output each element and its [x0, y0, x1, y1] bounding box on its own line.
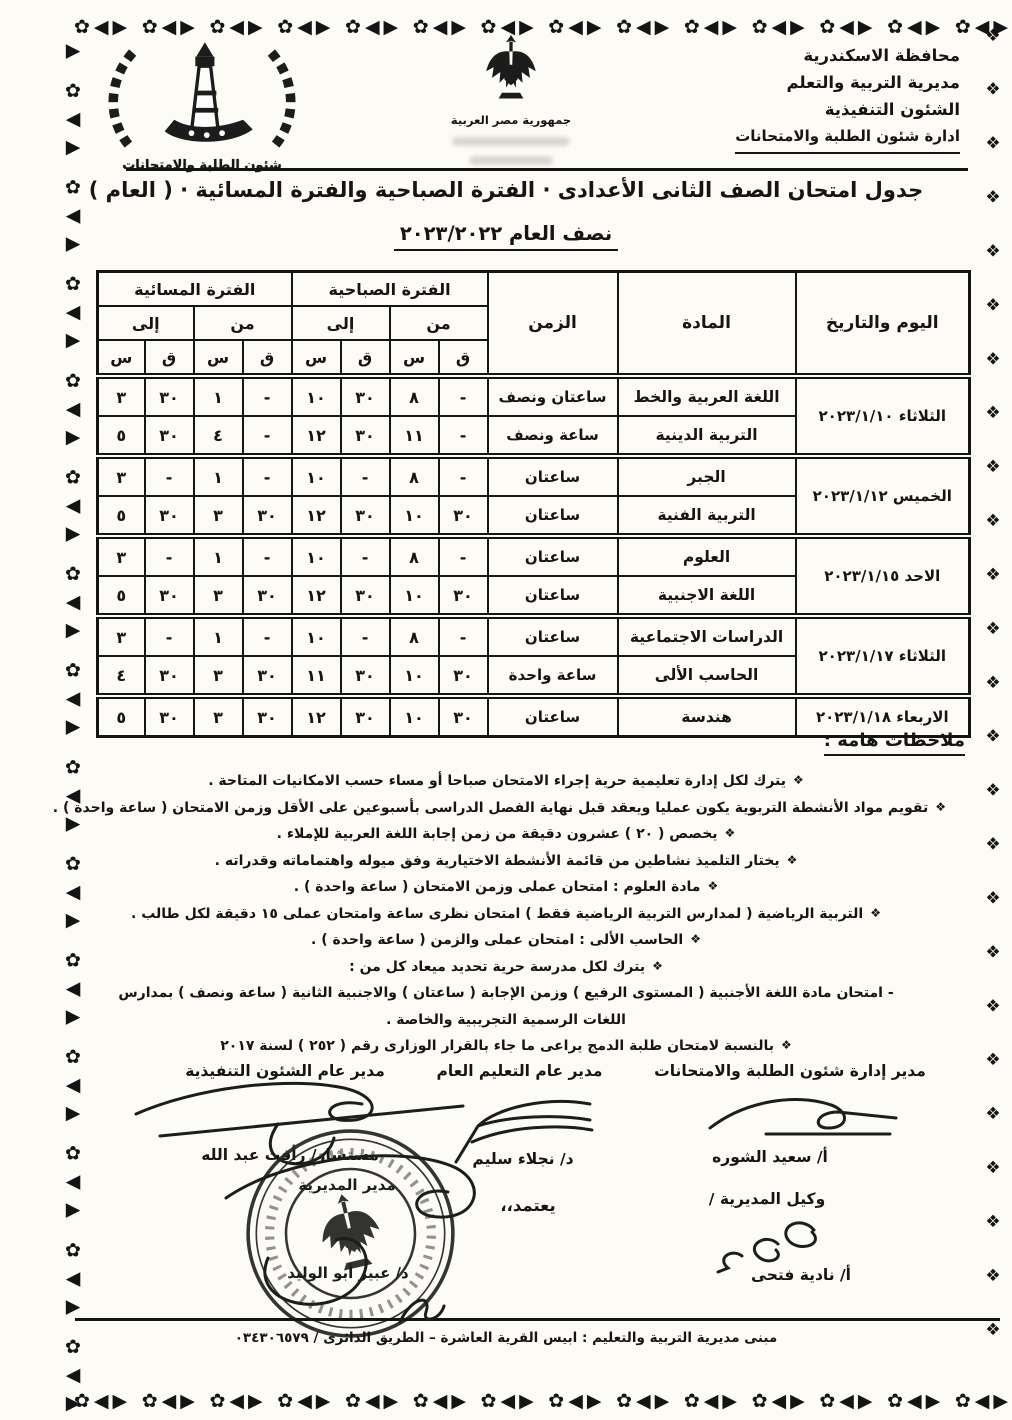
note-bullet-icon: ❖ — [725, 820, 736, 847]
time-cell: ٨ — [390, 616, 439, 656]
letterhead: محافظة الاسكندرية مديرية التربية والتعلم… — [735, 42, 960, 154]
time-cell: ٣٠ — [341, 576, 390, 616]
title-divider — [126, 168, 968, 171]
duration-cell: ساعتان — [488, 536, 618, 576]
hours-header: س — [194, 340, 243, 376]
hours-header: س — [390, 340, 439, 376]
time-cell: ١ — [194, 456, 243, 496]
duration-cell: ساعتان — [488, 616, 618, 656]
egypt-eagle-icon — [478, 28, 544, 108]
evening-from-header: من — [194, 306, 292, 340]
time-cell: ١ — [194, 376, 243, 416]
note-item: ❖تقويم مواد الأنشطة التربوية يكون عمليا … — [66, 795, 946, 822]
note-bullet-icon: ❖ — [793, 767, 804, 794]
minutes-header: ق — [243, 340, 292, 376]
hours-header: س — [292, 340, 341, 376]
time-cell: ٣٠ — [439, 496, 488, 536]
time-cell: ٣ — [98, 376, 145, 416]
duration-cell: ساعتان ونصف — [488, 376, 618, 416]
time-cell: ١٠ — [390, 576, 439, 616]
evening-period-header: الفترة المسائية — [98, 272, 292, 307]
time-cell: ١٠ — [390, 656, 439, 696]
time-cell: ٨ — [390, 536, 439, 576]
note-bullet-icon: ❖ — [781, 1032, 792, 1059]
exam-schedule-table: اليوم والتاريخ المادة الزمن الفترة الصبا… — [96, 270, 971, 738]
page-border-right: ❖ ❖ ❖ ❖ ❖ ❖ ❖ ❖ ❖ ❖ ❖ ❖ ❖ ❖ ❖ ❖ ❖ ❖ ❖ ❖ … — [978, 14, 1008, 1354]
time-cell: ٥ — [98, 416, 145, 456]
note-bullet-icon: ❖ — [935, 794, 946, 821]
time-cell: ٣٠ — [145, 656, 194, 696]
duration-cell: ساعتان — [488, 576, 618, 616]
time-cell: ٣ — [194, 656, 243, 696]
time-cell: ٣٠ — [145, 416, 194, 456]
time-cell: ١ — [194, 616, 243, 656]
note-bullet-icon: ❖ — [787, 847, 798, 874]
duration-cell: ساعتان — [488, 496, 618, 536]
table-row: الثلاثاء ٢٠٢٣/١/١٠ اللغة العربية والخط س… — [98, 376, 970, 416]
duration-cell: ساعتان — [488, 696, 618, 737]
directorate-line: مديرية التربية والتعلم — [735, 69, 960, 96]
subject-cell: هندسة — [618, 696, 796, 737]
time-cell: ٣ — [98, 456, 145, 496]
subject-cell: التربية الفنية — [618, 496, 796, 536]
subject-cell: اللغة الاجنبية — [618, 576, 796, 616]
time-cell: - — [145, 536, 194, 576]
note-item: ❖الحاسب الألى : امتحان عملى والزمن ( ساع… — [66, 927, 946, 954]
term-subtitle-wrap: نصف العام ٢٠٢٣/٢٠٢٢ — [0, 222, 1012, 251]
time-cell: ٥ — [98, 496, 145, 536]
note-item: ❖يترك لكل مدرسة حرية تحديد ميعاد كل من : — [66, 954, 946, 981]
time-cell: ٣ — [194, 576, 243, 616]
time-cell: ٥ — [98, 696, 145, 737]
hours-header: س — [98, 340, 145, 376]
lighthouse-wreath-icon — [92, 34, 312, 152]
subject-cell: العلوم — [618, 536, 796, 576]
subject-cell: الحاسب الألى — [618, 656, 796, 696]
time-cell: ١٠ — [390, 496, 439, 536]
time-cell: ٥ — [98, 576, 145, 616]
time-cell: ٣ — [194, 496, 243, 536]
page-border-bottom: ▶◀✿ ▶◀✿ ▶◀✿ ▶◀✿ ▶◀✿ ▶◀✿ ▶◀✿ ▶◀✿ ▶◀✿ ▶◀✿ … — [70, 1386, 1012, 1416]
time-cell: ٣٠ — [243, 496, 292, 536]
time-cell: ٣٠ — [341, 656, 390, 696]
col-subject-header: المادة — [618, 272, 796, 377]
time-cell: - — [439, 536, 488, 576]
signature-loop-over-stamp — [208, 1136, 498, 1321]
time-cell: - — [439, 416, 488, 456]
time-cell: ٣٠ — [243, 656, 292, 696]
time-cell: ٣٠ — [439, 576, 488, 616]
sig-title-students-exams: مدير إدارة شئون الطلبة والامتحانات — [610, 1062, 970, 1080]
note-item: ❖مادة العلوم : امتحان عملى وزمن الامتحان… — [66, 874, 946, 901]
governorate-line: محافظة الاسكندرية — [735, 42, 960, 69]
republic-emblem-caption: جمهورية مصر العربية — [436, 113, 586, 127]
time-cell: ١١ — [390, 416, 439, 456]
subject-cell: التربية الدينية — [618, 416, 796, 456]
signature-squiggle-right — [700, 1088, 910, 1146]
note-bullet-icon: ❖ — [870, 900, 881, 927]
time-cell: - — [439, 456, 488, 496]
faded-stamp-smudge — [469, 156, 553, 165]
footer-scribble — [392, 1286, 452, 1330]
col-day-date-header: اليوم والتاريخ — [796, 272, 970, 377]
time-cell: ٣٠ — [145, 696, 194, 737]
morning-from-header: من — [390, 306, 488, 340]
term-subtitle: نصف العام ٢٠٢٣/٢٠٢٢ — [394, 222, 618, 251]
time-cell: ٤ — [98, 656, 145, 696]
footer-divider — [75, 1318, 1000, 1321]
subject-cell: الدراسات الاجتماعية — [618, 616, 796, 656]
executive-affairs-line: الشئون التنفيذية — [735, 96, 960, 123]
time-cell: ١٠ — [292, 376, 341, 416]
time-cell: ١٠ — [292, 536, 341, 576]
sig-name-nadia-fathy: أ/ نادية فتحى — [716, 1266, 886, 1284]
students-exams-admin-line: ادارة شئون الطلبة والامتحانات — [735, 123, 960, 154]
students-affairs-emblem: شئون الطلبة والامتحانات — [92, 34, 312, 173]
time-cell: ١١ — [292, 656, 341, 696]
morning-period-header: الفترة الصباحية — [292, 272, 488, 307]
note-subitem: اللغات الرسمية التجريبية والخاصة . — [66, 1007, 946, 1034]
time-cell: ١٠ — [292, 616, 341, 656]
time-cell: ٣٠ — [341, 696, 390, 737]
notes-title: ملاحظات هامة : — [824, 730, 965, 756]
table-row: الخميس ٢٠٢٣/١/١٢ الجبر ساعتان - ٨ - ١٠ -… — [98, 456, 970, 496]
time-cell: ٣ — [98, 536, 145, 576]
time-cell: ٣٠ — [341, 416, 390, 456]
time-cell: ١٢ — [292, 576, 341, 616]
col-duration-header: الزمن — [488, 272, 618, 377]
time-cell: ١٠ — [390, 696, 439, 737]
time-cell: ٣٠ — [145, 496, 194, 536]
time-cell: - — [145, 456, 194, 496]
time-cell: - — [341, 536, 390, 576]
note-item: ❖يخصص ( ٢٠ ) عشرون دقيقة من زمن إجابة ال… — [66, 821, 946, 848]
day-date-cell: الثلاثاء ٢٠٢٣/١/١٧ — [796, 616, 970, 696]
page-title: جدول امتحان الصف الثانى الأعدادى · الفتر… — [40, 178, 972, 202]
time-cell: ٣ — [194, 696, 243, 737]
note-subitem: - امتحان مادة اللغة الأجنبية ( المستوى ا… — [66, 980, 946, 1007]
time-cell: ٣٠ — [439, 656, 488, 696]
time-cell: ١٢ — [292, 696, 341, 737]
table-row: الثلاثاء ٢٠٢٣/١/١٧ الدراسات الاجتماعية س… — [98, 616, 970, 656]
minutes-header: ق — [439, 340, 488, 376]
time-cell: - — [243, 536, 292, 576]
time-cell: ١٠ — [292, 456, 341, 496]
time-cell: - — [341, 456, 390, 496]
day-date-cell: الثلاثاء ٢٠٢٣/١/١٠ — [796, 376, 970, 456]
time-cell: ٨ — [390, 376, 439, 416]
time-cell: ١٢ — [292, 416, 341, 456]
time-cell: - — [439, 376, 488, 416]
note-item: ❖التربية الرياضية ( لمدارس التربية الريا… — [66, 901, 946, 928]
morning-to-header: إلى — [292, 306, 390, 340]
duration-cell: ساعة واحدة — [488, 656, 618, 696]
footer-address: مبنى مديرية التربية والتعليم : ابيس القر… — [40, 1330, 972, 1346]
time-cell: - — [243, 416, 292, 456]
time-cell: ٣٠ — [439, 696, 488, 737]
faded-stamp-smudge — [452, 137, 570, 146]
day-date-cell: الاحد ٢٠٢٣/١/١٥ — [796, 536, 970, 616]
note-item: ❖يختار التلميذ نشاطين من قائمة الأنشطة ا… — [66, 848, 946, 875]
duration-cell: ساعة ونصف — [488, 416, 618, 456]
note-bullet-icon: ❖ — [652, 953, 663, 980]
time-cell: ١ — [194, 536, 243, 576]
note-item: ❖بالنسبة لامتحان طلبة الدمج يراعى ما جاء… — [66, 1033, 946, 1060]
time-cell: ٤ — [194, 416, 243, 456]
time-cell: ١٢ — [292, 496, 341, 536]
minutes-header: ق — [341, 340, 390, 376]
day-date-cell: الخميس ٢٠٢٣/١/١٢ — [796, 456, 970, 536]
time-cell: ٣٠ — [341, 376, 390, 416]
time-cell: ٣٠ — [145, 576, 194, 616]
subject-cell: اللغة العربية والخط — [618, 376, 796, 416]
time-cell: - — [243, 616, 292, 656]
notes-list: ❖يترك لكل إدارة تعليمية حرية إجراء الامت… — [66, 768, 946, 1060]
time-cell: ٨ — [390, 456, 439, 496]
time-cell: ٣٠ — [145, 376, 194, 416]
signature-squiggle-deputy — [692, 1204, 837, 1274]
time-cell: - — [243, 456, 292, 496]
duration-cell: ساعتان — [488, 456, 618, 496]
time-cell: - — [341, 616, 390, 656]
time-cell: - — [439, 616, 488, 656]
evening-to-header: إلى — [98, 306, 194, 340]
time-cell: - — [243, 376, 292, 416]
note-bullet-icon: ❖ — [690, 926, 701, 953]
time-cell: ٣٠ — [341, 496, 390, 536]
minutes-header: ق — [145, 340, 194, 376]
republic-emblem: جمهورية مصر العربية — [436, 28, 586, 165]
time-cell: ٣٠ — [243, 576, 292, 616]
note-item: ❖يترك لكل إدارة تعليمية حرية إجراء الامت… — [66, 768, 946, 795]
subject-cell: الجبر — [618, 456, 796, 496]
time-cell: ٣٠ — [243, 696, 292, 737]
sig-name-said-elshora: أ/ سعيد الشوره — [640, 1148, 900, 1166]
note-bullet-icon: ❖ — [707, 873, 718, 900]
table-row: الاحد ٢٠٢٣/١/١٥ العلوم ساعتان - ٨ - ١٠ -… — [98, 536, 970, 576]
time-cell: - — [145, 616, 194, 656]
time-cell: ٣ — [98, 616, 145, 656]
